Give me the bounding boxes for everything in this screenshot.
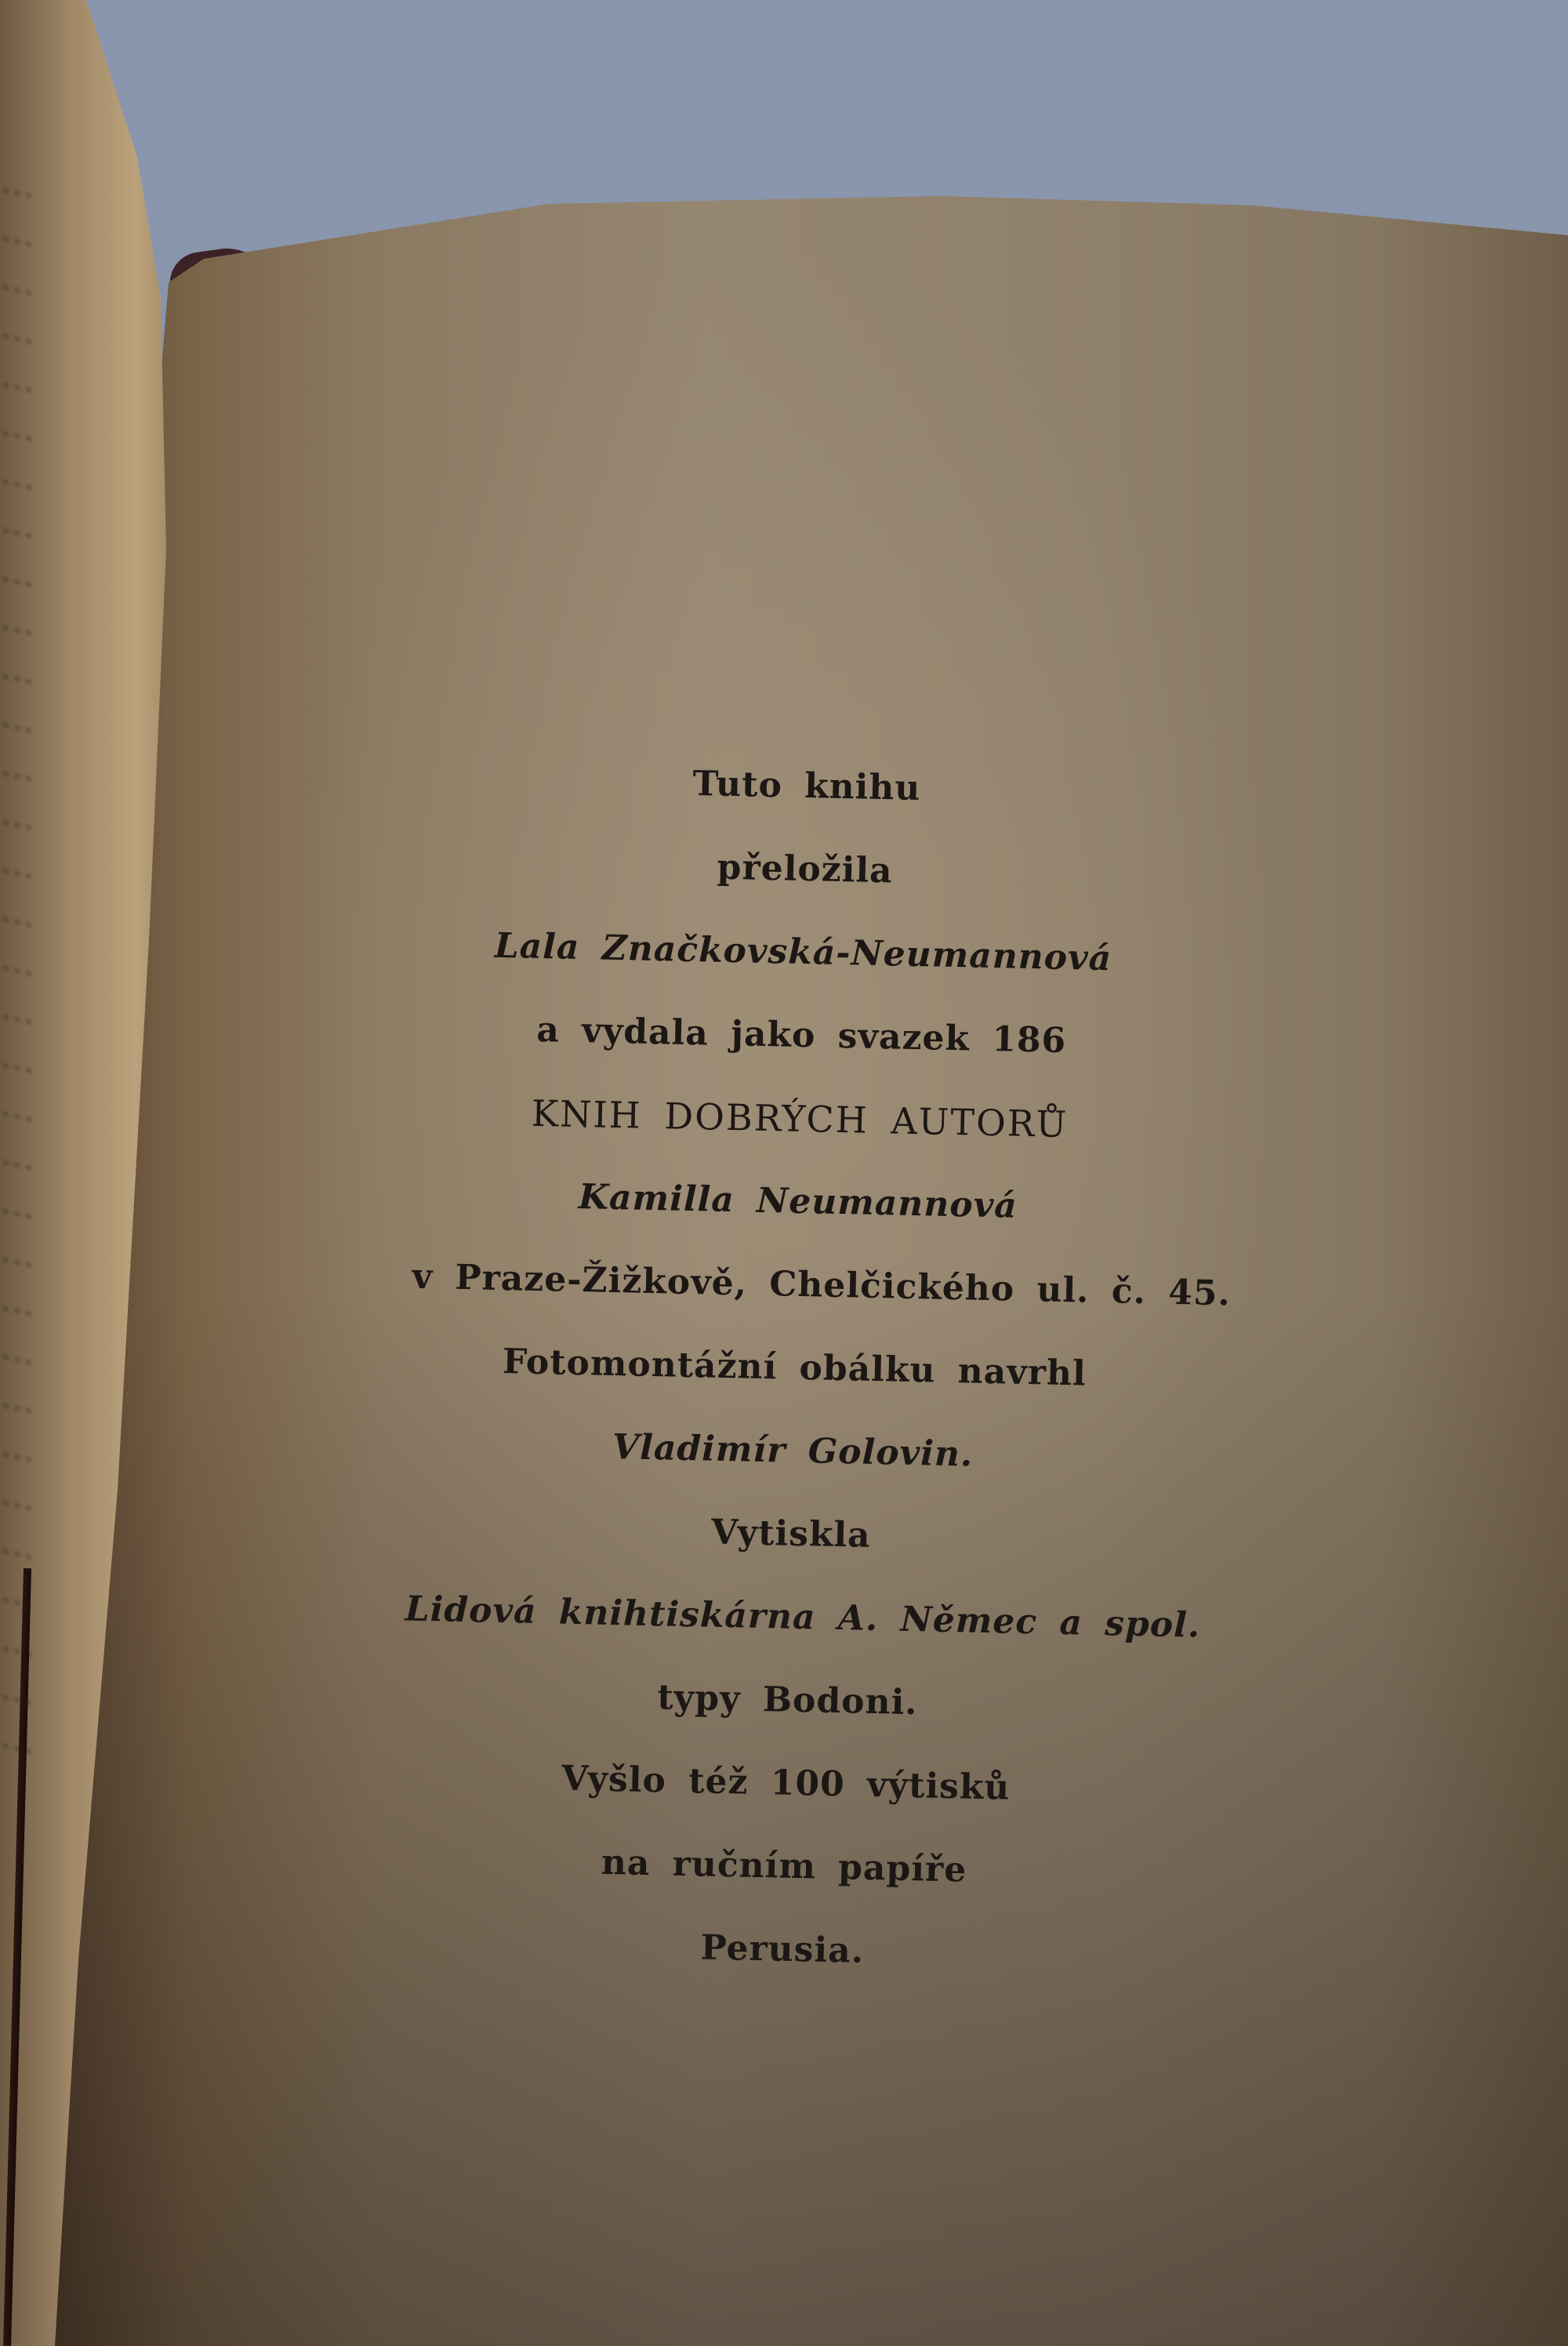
colophon-block: Tuto knihu přeložila Lala Značkovská-Neu… <box>397 737 1192 1999</box>
colophon-paper-name: Perusia. <box>397 1900 1167 1999</box>
colophon-line-special-copies: Vyšlo též 100 výtisků <box>401 1734 1171 1833</box>
colophon-line-translated-by: přeložila <box>420 820 1190 920</box>
colophon-series-title: KNIH DOBRÝCH AUTORŮ <box>415 1069 1185 1169</box>
colophon-publisher-name: Kamilla Neumannová <box>413 1153 1183 1252</box>
colophon-cover-designer: Vladimír Golovin. <box>408 1402 1178 1502</box>
colophon-line-volume: a vydala jako svazek 186 <box>416 986 1186 1086</box>
colophon-line-printed-by: Vytiskla <box>406 1485 1176 1585</box>
colophon-translator-name: Lala Značkovská-Neumannová <box>418 903 1188 1003</box>
colophon-line-intro: Tuto knihu <box>422 737 1192 837</box>
colophon-line-cover-design: Fotomontážní obálku navrhl <box>409 1319 1179 1418</box>
colophon-line-paper: na ručním papíře <box>399 1817 1169 1916</box>
colophon-printer-name: Lidová knihtiskárna A. Němec a spol. <box>405 1568 1174 1668</box>
colophon-typeface: typy Bodoni. <box>402 1651 1172 1750</box>
colophon-publisher-address: v Praze-Žižkově, Chelčického ul. č. 45. <box>412 1236 1181 1335</box>
